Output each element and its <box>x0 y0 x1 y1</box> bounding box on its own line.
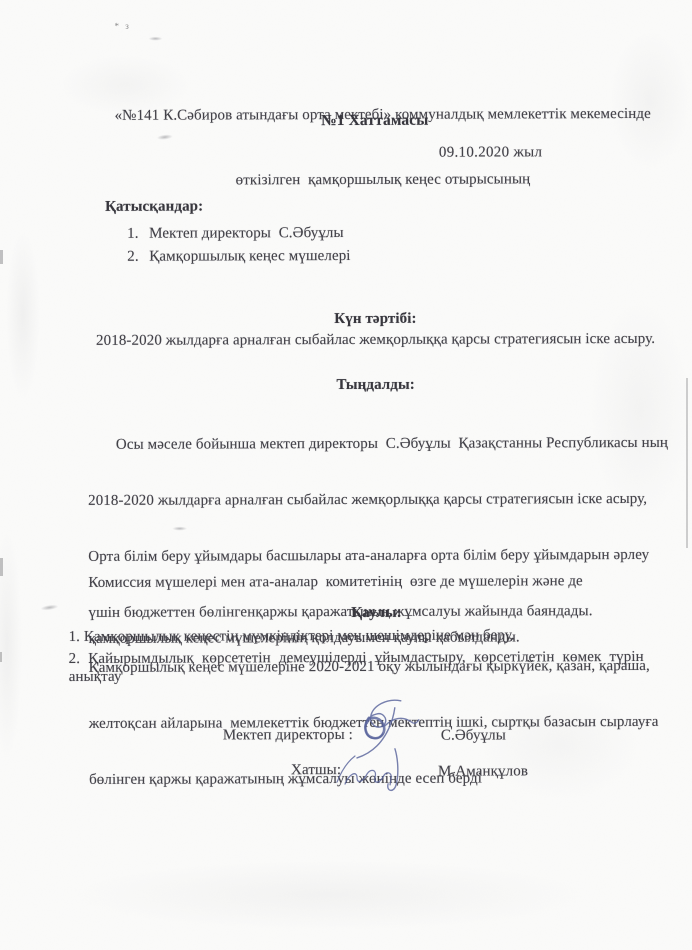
scan-smudge <box>40 604 59 612</box>
resolution-item-2-line-1: 2. Қайырымдылық көрсететін демеушілерді … <box>69 648 655 669</box>
participant-number: 1. <box>127 225 149 244</box>
secretary-signature <box>331 744 411 794</box>
secretary-signature-name: М.Аманқұлов <box>438 762 528 781</box>
agenda-text: 2018-2020 жылдарға арналған сыбайлас жем… <box>59 330 691 351</box>
director-signature-label: Мектеп директоры : <box>223 726 353 745</box>
scan-smudge <box>148 37 162 41</box>
document-content: * з «№141 К.Сәбиров атындағы орта мектеб… <box>0 0 692 950</box>
participant-text: Мектеп директоры С.Әбуұлы <box>149 225 344 242</box>
scan-artifact-mark: * з <box>114 21 130 31</box>
resolution-heading: Қаулы: <box>60 603 692 624</box>
paragraph-line: Осы мәселе бойынша мектеп директоры С.Әб… <box>88 434 674 455</box>
participant-text: Қамқоршылық кеңес мүшелері <box>149 248 350 265</box>
org-name-line-2: өткізілген қамқоршылық кеңес отырысының <box>99 168 667 191</box>
scanned-protocol-page: * з «№141 К.Сәбиров атындағы орта мектеб… <box>0 0 692 950</box>
director-signature-name: С.Әбуұлы <box>441 726 506 745</box>
agenda-heading: Күн тәртібі: <box>59 309 691 330</box>
paragraph-line: 2018-2020 жылдарға арналған сыбайлас жем… <box>88 490 674 511</box>
participant-number: 2. <box>127 248 149 267</box>
participant-item: 1.Мектеп директоры С.Әбуұлы <box>127 224 344 243</box>
paragraph-line: Комиссия мүшелері мен ата-аналар комитет… <box>88 572 674 593</box>
resolution-item-1: 1. Қамқоршылық кеңестің мүмкіндіктері ме… <box>69 626 515 646</box>
protocol-title: №1 Хаттамасы <box>59 111 691 132</box>
heard-heading: Тыңдалды: <box>60 375 692 396</box>
protocol-date: 09.10.2020 жыл <box>439 143 542 162</box>
participants-heading: Қатысқандар: <box>105 197 203 216</box>
participant-item: 2.Қамқоршылық кеңес мүшелері <box>127 247 350 266</box>
resolution-item-2-line-2: анықтау <box>69 668 122 687</box>
